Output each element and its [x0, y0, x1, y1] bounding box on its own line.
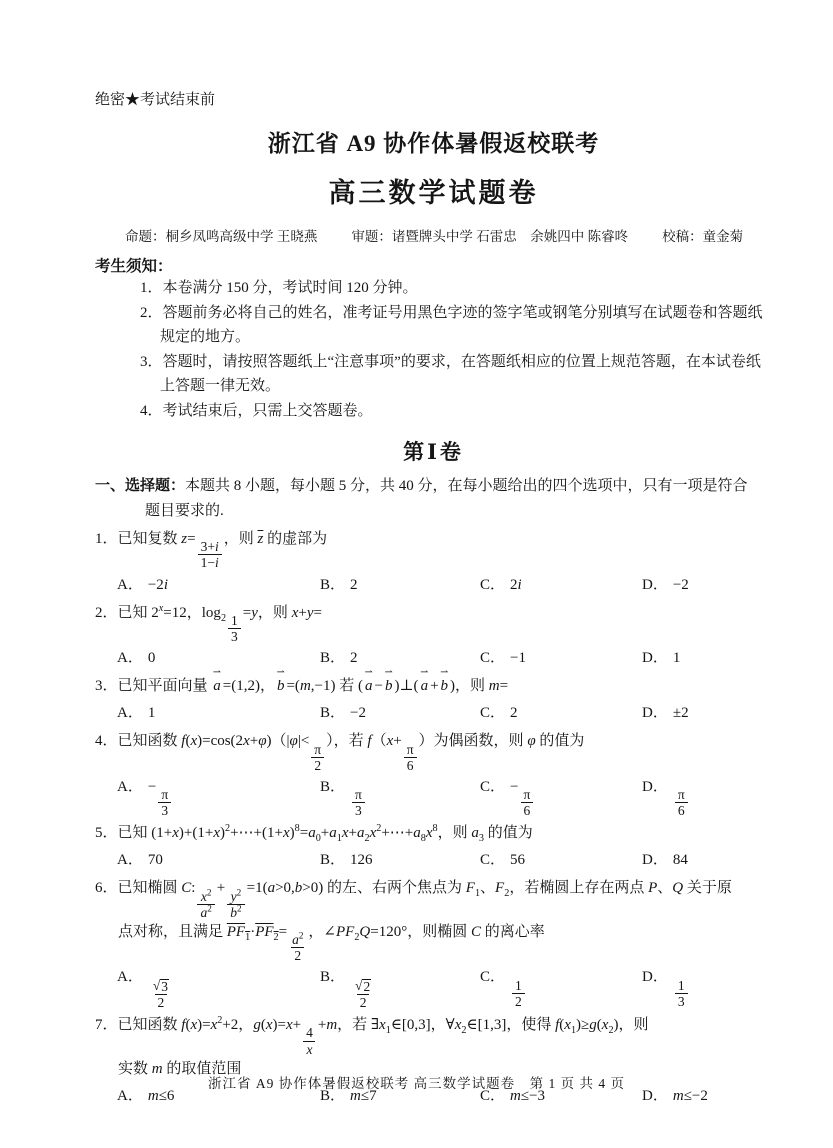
option-value: √22 [350, 969, 376, 985]
option-label: A． [117, 577, 143, 593]
overline: PF1 [227, 924, 250, 940]
exam-title: 浙江省 A9 协作体暑假返校联考 [95, 125, 772, 158]
notice-items: 1．本卷满分 150 分，考试时间 120 分钟。2．答题前务必将自己的姓名，准… [95, 276, 790, 423]
question-stem-line: 5．已知 (1+x)+(1+x)2+⋯+(1+x)8=a0+a1x+a2x2+⋯… [95, 821, 790, 846]
option-value: 12 [510, 969, 527, 985]
option-label: D． [642, 852, 668, 868]
option-value: −2i [148, 577, 168, 593]
overline: PF2 [255, 924, 278, 940]
notice-line: 1．本卷满分 150 分，考试时间 120 分钟。 [95, 276, 790, 301]
option-label: D． [642, 779, 668, 795]
option-value: π6 [673, 779, 690, 795]
fraction: √22 [352, 978, 374, 1010]
classification-label: 绝密★考试结束前 [95, 88, 790, 109]
options-row: A．−2iB．2C．2iD．−2 [95, 573, 790, 598]
notice-heading: 考生须知： [95, 254, 790, 276]
vector: ⇀b [277, 674, 285, 699]
notice-line: 2．答题前务必将自己的姓名，准考证号用黑色字迹的签字笔或钢笔分别填写在试题卷和答… [95, 301, 790, 326]
options-row: A．−π3B．π3C．−π6D．π6 [95, 775, 790, 819]
vector: ⇀b [385, 674, 393, 699]
option-value: 2 [350, 577, 358, 593]
vector-arrow-icon: ⇀ [365, 668, 373, 678]
vector-arrow-icon: ⇀ [385, 668, 393, 678]
credits-proofreader: 校稿：童金菊 [662, 225, 743, 245]
question-list: 1．已知复数 z=3+i1−i，则 z 的虚部为A．−2iB．2C．2iD．−2… [95, 527, 790, 1109]
option-value: ±2 [673, 705, 689, 721]
option-B: B．−2 [320, 701, 480, 726]
option-value: 56 [510, 852, 525, 868]
square-root: √3 [153, 979, 169, 994]
option-A: A．−π3 [117, 775, 320, 819]
notice-section: 考生须知： 1．本卷满分 150 分，考试时间 120 分钟。2．答题前务必将自… [95, 254, 790, 423]
option-label: A． [117, 969, 143, 985]
option-C: C．−π6 [480, 775, 642, 819]
option-C: C．2i [480, 573, 642, 598]
option-value: −π6 [510, 779, 535, 795]
question: 7．已知函数 f(x)=x2+2，g(x)=x+4x+m，若 ∃x1∈[0,3]… [95, 1013, 790, 1109]
vector-arrow-icon: ⇀ [420, 668, 428, 678]
option-C: C．−1 [480, 646, 642, 671]
credits-line: 命题：桐乡凤鸣高级中学 王晓燕 审题：诸暨牌头中学 石雷忠 余姚四中 陈睿咚 校… [95, 225, 790, 245]
credits-setter: 命题：桐乡凤鸣高级中学 王晓燕 [125, 225, 317, 245]
notice-item: 3．答题时，请按照答题纸上“注意事项”的要求，在答题纸相应的位置上规范答题，在本… [95, 350, 790, 399]
option-value: 2 [510, 705, 518, 721]
option-label: B． [320, 779, 345, 795]
option-label: B． [320, 705, 345, 721]
vector: ⇀a [213, 674, 221, 699]
question: 4．已知函数 f(x)=cos(2x+φ)（|φ|<π2），若 f（x+π6）为… [95, 729, 790, 818]
notice-item: 1．本卷满分 150 分，考试时间 120 分钟。 [95, 276, 790, 301]
option-B: B．2 [320, 646, 480, 671]
notice-line: 3．答题时，请按照答题纸上“注意事项”的要求，在答题纸相应的位置上规范答题，在本… [95, 350, 790, 375]
option-D: D．π6 [642, 775, 790, 819]
overline: z [257, 531, 263, 547]
option-label: C． [480, 852, 505, 868]
section-line: 一、选择题：本题共 8 小题，每小题 5 分，共 40 分，在每小题给出的四个选… [95, 474, 790, 499]
fraction: π3 [158, 787, 171, 818]
vector: ⇀b [441, 674, 449, 699]
vector-arrow-icon: ⇀ [277, 668, 285, 678]
notice-line: 规定的地方。 [95, 325, 790, 350]
option-B: B．π3 [320, 775, 480, 819]
question-stem-line: 2．已知 2x=12，log213=y，则 x+y= [95, 601, 790, 645]
option-value: −π3 [148, 779, 173, 795]
option-value: 1 [148, 705, 156, 721]
fraction: y2b2 [227, 889, 244, 920]
notice-item: 4．考试结束后，只需上交答题卷。 [95, 399, 790, 424]
option-C: C．56 [480, 848, 642, 873]
option-B: B．126 [320, 848, 480, 873]
fraction: π6 [520, 787, 533, 818]
fraction: π6 [675, 787, 688, 818]
notice-line: 上答题一律无效。 [95, 374, 790, 399]
option-D: D．−2 [642, 573, 790, 598]
option-C: C．2 [480, 701, 642, 726]
notice-line: 4．考试结束后，只需上交答题卷。 [95, 399, 790, 424]
option-label: D． [642, 969, 668, 985]
option-label: A． [117, 852, 143, 868]
question-stem-line: 3．已知平面向量 ⇀a=(1,2)，⇀b=(m,−1) 若 (⇀a−⇀b)⊥(⇀… [95, 674, 790, 699]
vector-arrow-icon: ⇀ [213, 668, 221, 678]
option-value: 13 [673, 969, 690, 985]
fraction: √32 [150, 978, 172, 1010]
option-B: B．√22 [320, 965, 480, 1010]
vector-arrow-icon: ⇀ [440, 668, 448, 678]
option-label: B． [320, 650, 345, 666]
option-value: −2 [673, 577, 689, 593]
options-row: A．70B．126C．56D．84 [95, 848, 790, 873]
option-label: A． [117, 650, 143, 666]
option-value: 2i [510, 577, 522, 593]
option-D: D．13 [642, 965, 790, 1009]
section-header: 一、选择题：本题共 8 小题，每小题 5 分，共 40 分，在每小题给出的四个选… [95, 474, 790, 524]
notice-item: 2．答题前务必将自己的姓名，准考证号用黑色字迹的签字笔或钢笔分别填写在试题卷和答… [95, 301, 790, 350]
option-label: C． [480, 779, 505, 795]
question: 5．已知 (1+x)+(1+x)2+⋯+(1+x)8=a0+a1x+a2x2+⋯… [95, 821, 790, 873]
question: 1．已知复数 z=3+i1−i，则 z 的虚部为A．−2iB．2C．2iD．−2 [95, 527, 790, 598]
fraction: π2 [311, 742, 324, 773]
option-label: D． [642, 577, 668, 593]
option-label: C． [480, 705, 505, 721]
option-A: A．√32 [117, 965, 320, 1010]
options-row: A．1B．−2C．2D．±2 [95, 701, 790, 726]
option-A: A．−2i [117, 573, 320, 598]
option-value: −1 [510, 650, 526, 666]
fraction: π3 [352, 787, 365, 818]
option-B: B．2 [320, 573, 480, 598]
paper-title: 高三数学试题卷 [95, 171, 772, 210]
option-A: A．1 [117, 701, 320, 726]
option-label: B． [320, 852, 345, 868]
question-stem-line: 4．已知函数 f(x)=cos(2x+φ)（|φ|<π2），若 f（x+π6）为… [95, 729, 790, 773]
option-D: D．84 [642, 848, 790, 873]
options-row: A．√32B．√22C．12D．13 [95, 965, 790, 1010]
question-stem-line: 6．已知椭圆 C:x2a2+y2b2=1(a>0,b>0) 的左、右两个焦点为 … [95, 876, 790, 920]
fraction: x2a2 [197, 889, 214, 920]
fraction: 4x [303, 1025, 316, 1056]
option-label: C． [480, 650, 505, 666]
exam-page: 绝密★考试结束前 浙江省 A9 协作体暑假返校联考 高三数学试题卷 命题：桐乡凤… [0, 0, 833, 1148]
option-value: π3 [350, 779, 367, 795]
option-value: −2 [350, 705, 366, 721]
option-value: 1 [673, 650, 681, 666]
page-footer: 浙江省 A9 协作体暑假返校联考 高三数学试题卷 第 1 页 共 4 页 [0, 1072, 833, 1092]
question: 3．已知平面向量 ⇀a=(1,2)，⇀b=(m,−1) 若 (⇀a−⇀b)⊥(⇀… [95, 674, 790, 726]
option-value: 0 [148, 650, 156, 666]
vector: ⇀a [421, 674, 429, 699]
square-root: √2 [355, 979, 371, 994]
question-stem-line: 点对称，且满足 PF1·PF2=a22，∠PF2Q=120°，则椭圆 C 的离心… [95, 920, 790, 964]
question: 2．已知 2x=12，log213=y，则 x+y=A．0B．2C．−1D．1 [95, 601, 790, 672]
fraction: 12 [512, 978, 525, 1009]
option-label: B． [320, 577, 345, 593]
credits-reviewer: 审题：诸暨牌头中学 石雷忠 余姚四中 陈睿咚 [351, 225, 628, 245]
option-label: C． [480, 969, 505, 985]
question-stem-line: 7．已知函数 f(x)=x2+2，g(x)=x+4x+m，若 ∃x1∈[0,3]… [95, 1013, 790, 1057]
vector: ⇀a [365, 674, 373, 699]
option-label: C． [480, 577, 505, 593]
option-value: 2 [350, 650, 358, 666]
fraction: π6 [404, 742, 417, 773]
option-label: A． [117, 705, 143, 721]
option-D: D．1 [642, 646, 790, 671]
option-label: A． [117, 779, 143, 795]
option-label: D． [642, 705, 668, 721]
option-C: C．12 [480, 965, 642, 1009]
option-value: 70 [148, 852, 163, 868]
option-value: √32 [148, 969, 174, 985]
part-title: 第Ⅰ卷 [95, 436, 772, 466]
option-value: 84 [673, 852, 688, 868]
fraction: 13 [228, 613, 241, 644]
fraction: 13 [675, 978, 688, 1009]
option-value: 126 [350, 852, 373, 868]
option-D: D．±2 [642, 701, 790, 726]
fraction: 3+i1−i [198, 539, 222, 570]
option-label: D． [642, 650, 668, 666]
option-label: B． [320, 969, 345, 985]
section-line: 题目要求的. [95, 499, 790, 524]
section-label: 一、选择题： [95, 478, 185, 494]
fraction: a22 [289, 932, 306, 963]
option-A: A．70 [117, 848, 320, 873]
question-stem-line: 1．已知复数 z=3+i1−i，则 z 的虚部为 [95, 527, 790, 571]
question: 6．已知椭圆 C:x2a2+y2b2=1(a>0,b>0) 的左、右两个焦点为 … [95, 876, 790, 1010]
